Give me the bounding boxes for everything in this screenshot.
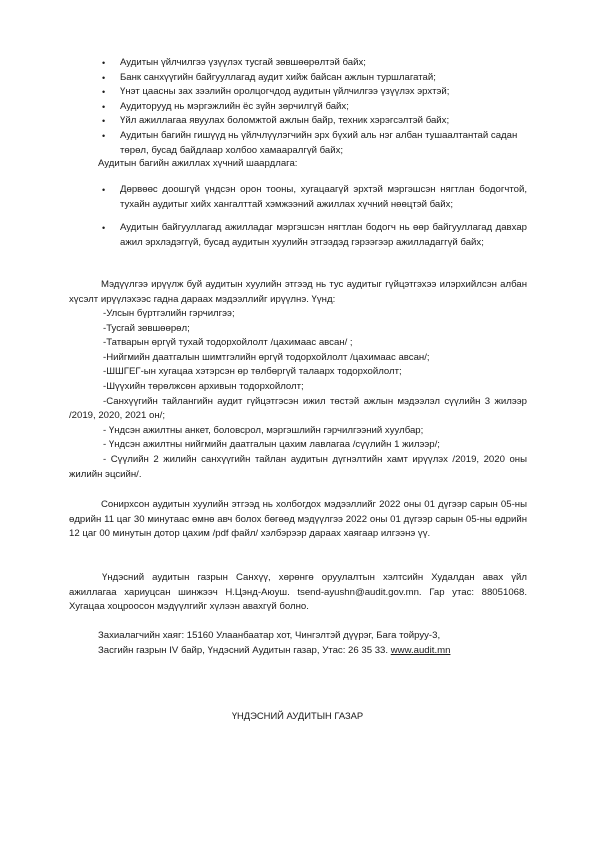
website-link[interactable]: www.audit.mn [391, 645, 451, 656]
document-item: -ШШГЕГ-ын хугацаа хэтэрсэн өр төлбөргүй … [69, 365, 527, 380]
document-item: - Үндсэн ажилтны анкет, боловсрол, мэргэ… [69, 424, 527, 439]
workforce-item: Аудитын байгууллагад ажилладаг мэргэшсэн… [102, 221, 527, 250]
workforce-list: Дөрвөөс доошгүй үндсэн орон тооны, хугац… [102, 183, 527, 259]
requirement-item: Аудитын багийн гишүүд нь үйлчлүүлэгчийн … [102, 129, 522, 158]
deadline-paragraph: Сонирхсон аудитын хуулийн этгээд нь холб… [69, 498, 527, 542]
footer-org-name: ҮНДЭСНИЙ АУДИТЫН ГАЗАР [0, 709, 595, 724]
requirement-item: Аудиторууд нь мэргэжлийн ёс зүйн зөрчилг… [102, 100, 522, 115]
document-item: - Сүүлийн 2 жилийн санхүүгийн тайлан ауд… [69, 453, 527, 482]
requirements-list: Аудитын үйлчилгээ үзүүлэх тусгай зөвшөөр… [102, 56, 522, 158]
document-item: - Үндсэн ажилтны нийгмийн даатгалын цахи… [69, 438, 527, 453]
requirement-item: Аудитын үйлчилгээ үзүүлэх тусгай зөвшөөр… [102, 56, 522, 71]
address-block: Захиалагчийн хаяг: 15160 Улаанбаатар хот… [98, 629, 538, 658]
workforce-item: Дөрвөөс доошгүй үндсэн орон тооны, хугац… [102, 183, 527, 212]
requirement-item: Банк санхүүгийн байгууллагад аудит хийж … [102, 71, 522, 86]
document-item: -Татварын өргүй тухай тодорхойлолт /цахи… [69, 336, 527, 351]
document-item: -Тусгай зөвшөөрөл; [69, 322, 527, 337]
workforce-heading: Аудитын багийн ажиллах хүчний шаардлага: [98, 157, 556, 172]
document-item: -Улсын бүртгэлийн гэрчилгээ; [69, 307, 527, 322]
submission-intro: Мэдүүлгээ ирүүлж буй аудитын хуулийн этг… [69, 278, 527, 307]
requirement-item: Үйл ажиллагаа явуулах боломжтой ажлын ба… [102, 114, 522, 129]
document-item: -Санхүүгийн тайлангийн аудит гүйцэтгэсэн… [69, 395, 527, 424]
document-page: Аудитын үйлчилгээ үзүүлэх тусгай зөвшөөр… [0, 0, 595, 841]
documents-list: -Улсын бүртгэлийн гэрчилгээ; -Тусгай зөв… [69, 307, 527, 482]
address-line-1: Захиалагчийн хаяг: 15160 Улаанбаатар хот… [98, 629, 538, 644]
requirement-item: Үнэт цаасны зах зээлийн оролцогчдод ауди… [102, 85, 522, 100]
document-item: -Шүүхийн төрөлжсөн архивын тодорхойлолт; [69, 380, 527, 395]
contact-paragraph: Үндэсний аудитын газрын Санхүү, хөрөнгө … [69, 571, 527, 615]
document-item: -Нийгмийн даатгалын шимтгэлийн өргүй тод… [69, 351, 527, 366]
address-line-2-text: Засгийн газрын IV байр, Үндэсний Аудитын… [98, 645, 391, 656]
address-line-2: Засгийн газрын IV байр, Үндэсний Аудитын… [98, 644, 538, 659]
